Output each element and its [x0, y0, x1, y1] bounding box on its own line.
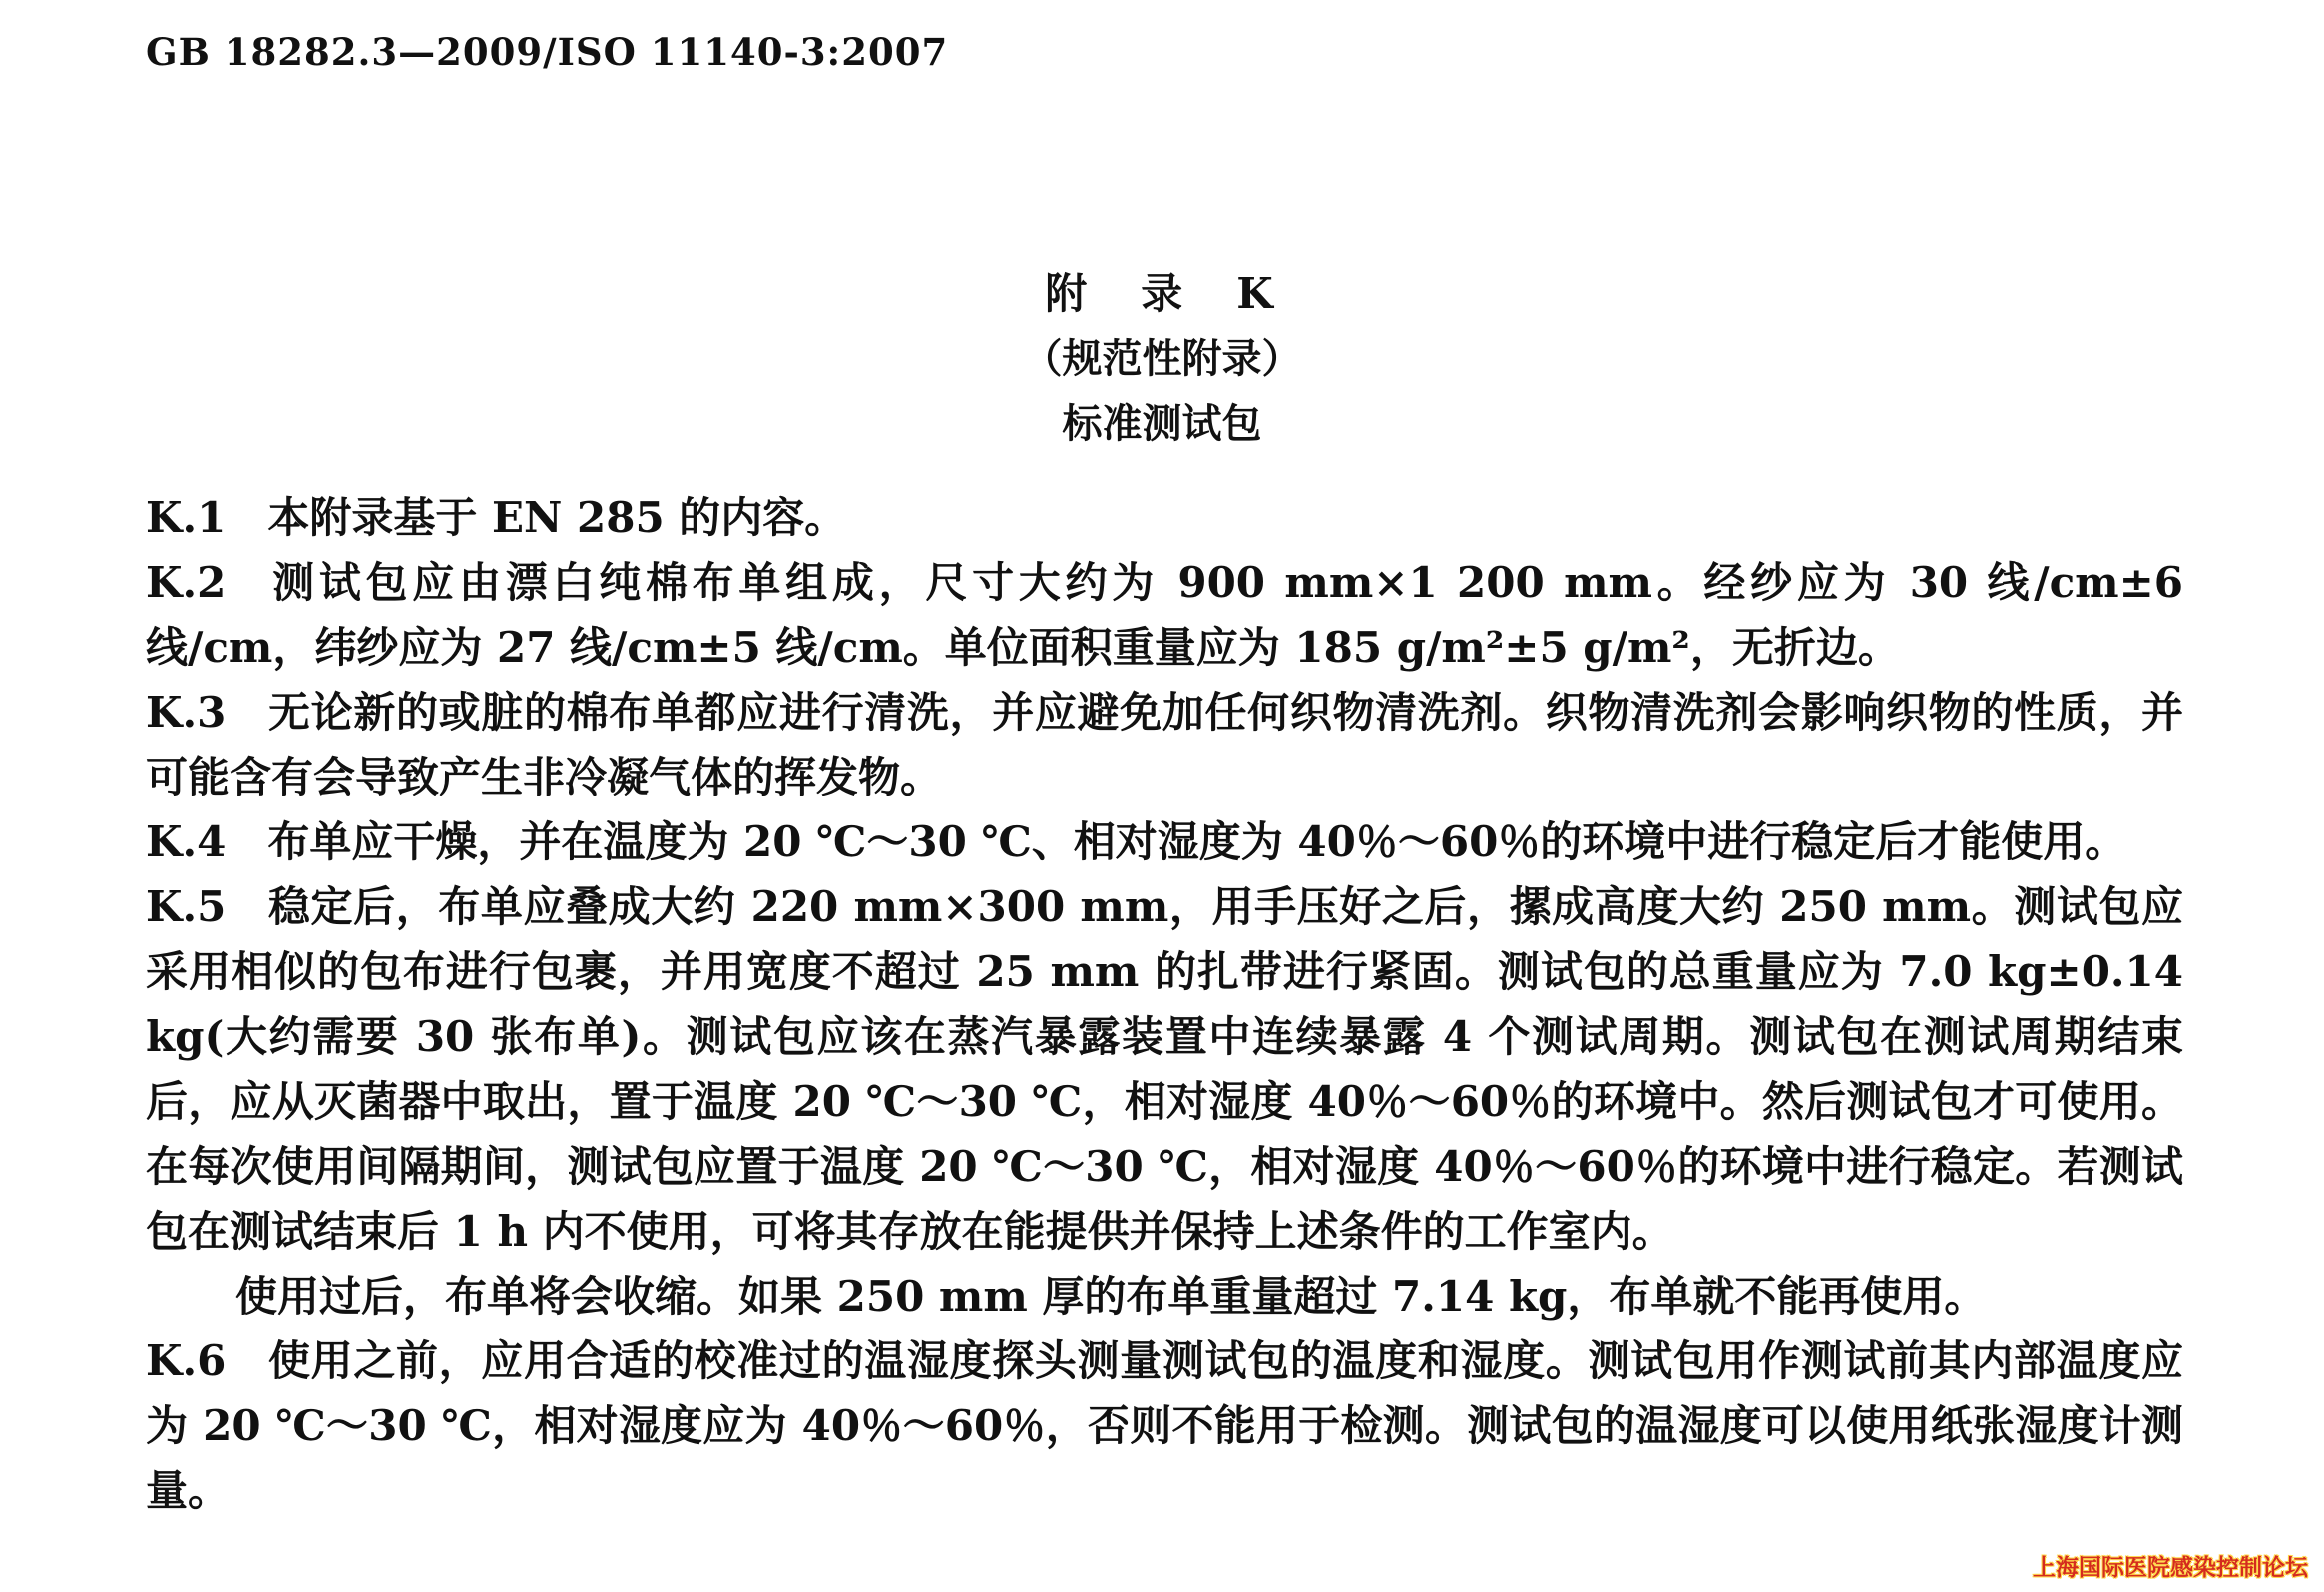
clause-label-k3: K.3: [146, 688, 267, 737]
appendix-label: 附 录 K: [0, 262, 2324, 326]
paragraph-k2: K.2测试包应由漂白纯棉布单组成，尺寸大约为 900 mm×1 200 mm。经…: [146, 550, 2183, 680]
clause-text-k5: 稳定后，布单应叠成大约 220 mm×300 mm，用手压好之后，摞成高度大约 …: [146, 882, 2183, 1256]
forum-watermark: 上海国际医院感染控制论坛: [2033, 1549, 2308, 1582]
standard-number: GB 18282.3—2009/ISO 11140-3:2007: [146, 30, 948, 74]
document-page: GB 18282.3—2009/ISO 11140-3:2007 附 录 K （…: [0, 0, 2324, 1592]
appendix-title-block: 附 录 K （规范性附录） 标准测试包: [0, 262, 2324, 456]
appendix-name: 标准测试包: [0, 391, 2324, 456]
clause-label-k1: K.1: [146, 493, 267, 542]
paragraph-k4: K.4布单应干燥，并在温度为 20 ℃～30 ℃、相对湿度为 40％～60％的环…: [146, 809, 2183, 874]
appendix-type: （规范性附录）: [0, 326, 2324, 391]
clause-text-k4: 布单应干燥，并在温度为 20 ℃～30 ℃、相对湿度为 40％～60％的环境中进…: [267, 817, 2126, 866]
clause-text-k2: 测试包应由漂白纯棉布单组成，尺寸大约为 900 mm×1 200 mm。经纱应为…: [146, 558, 2183, 672]
paragraph-k5: K.5稳定后，布单应叠成大约 220 mm×300 mm，用手压好之后，摞成高度…: [146, 874, 2183, 1264]
paragraph-k5-note: 使用过后，布单将会收缩。如果 250 mm 厚的布单重量超过 7.14 kg，布…: [146, 1264, 2183, 1328]
document-body: K.1本附录基于 EN 285 的内容。 K.2测试包应由漂白纯棉布单组成，尺寸…: [146, 485, 2183, 1523]
clause-label-k2: K.2: [146, 558, 267, 607]
paragraph-k6: K.6使用之前，应用合适的校准过的温湿度探头测量测试包的温度和湿度。测试包用作测…: [146, 1328, 2183, 1523]
paragraph-k3: K.3无论新的或脏的棉布单都应进行清洗，并应避免加任何织物清洗剂。织物清洗剂会影…: [146, 680, 2183, 809]
paragraph-k1: K.1本附录基于 EN 285 的内容。: [146, 485, 2183, 550]
clause-label-k6: K.6: [146, 1336, 267, 1385]
clause-text-k3: 无论新的或脏的棉布单都应进行清洗，并应避免加任何织物清洗剂。织物清洗剂会影响织物…: [146, 688, 2183, 801]
clause-text-k6: 使用之前，应用合适的校准过的温湿度探头测量测试包的温度和湿度。测试包用作测试前其…: [146, 1336, 2183, 1515]
clause-text-k5-note: 使用过后，布单将会收缩。如果 250 mm 厚的布单重量超过 7.14 kg，布…: [235, 1272, 1986, 1321]
clause-label-k5: K.5: [146, 882, 267, 931]
clause-text-k1: 本附录基于 EN 285 的内容。: [267, 493, 846, 542]
clause-label-k4: K.4: [146, 817, 267, 866]
